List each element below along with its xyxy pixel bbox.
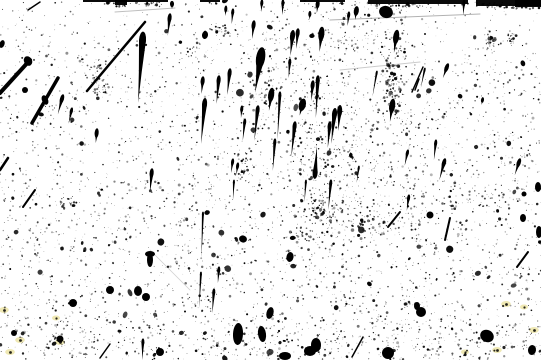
ink-splatter-texture-image: Black ink splatter grunge texture: white… <box>0 0 541 360</box>
splatter-svg <box>0 0 541 360</box>
background <box>0 0 541 360</box>
